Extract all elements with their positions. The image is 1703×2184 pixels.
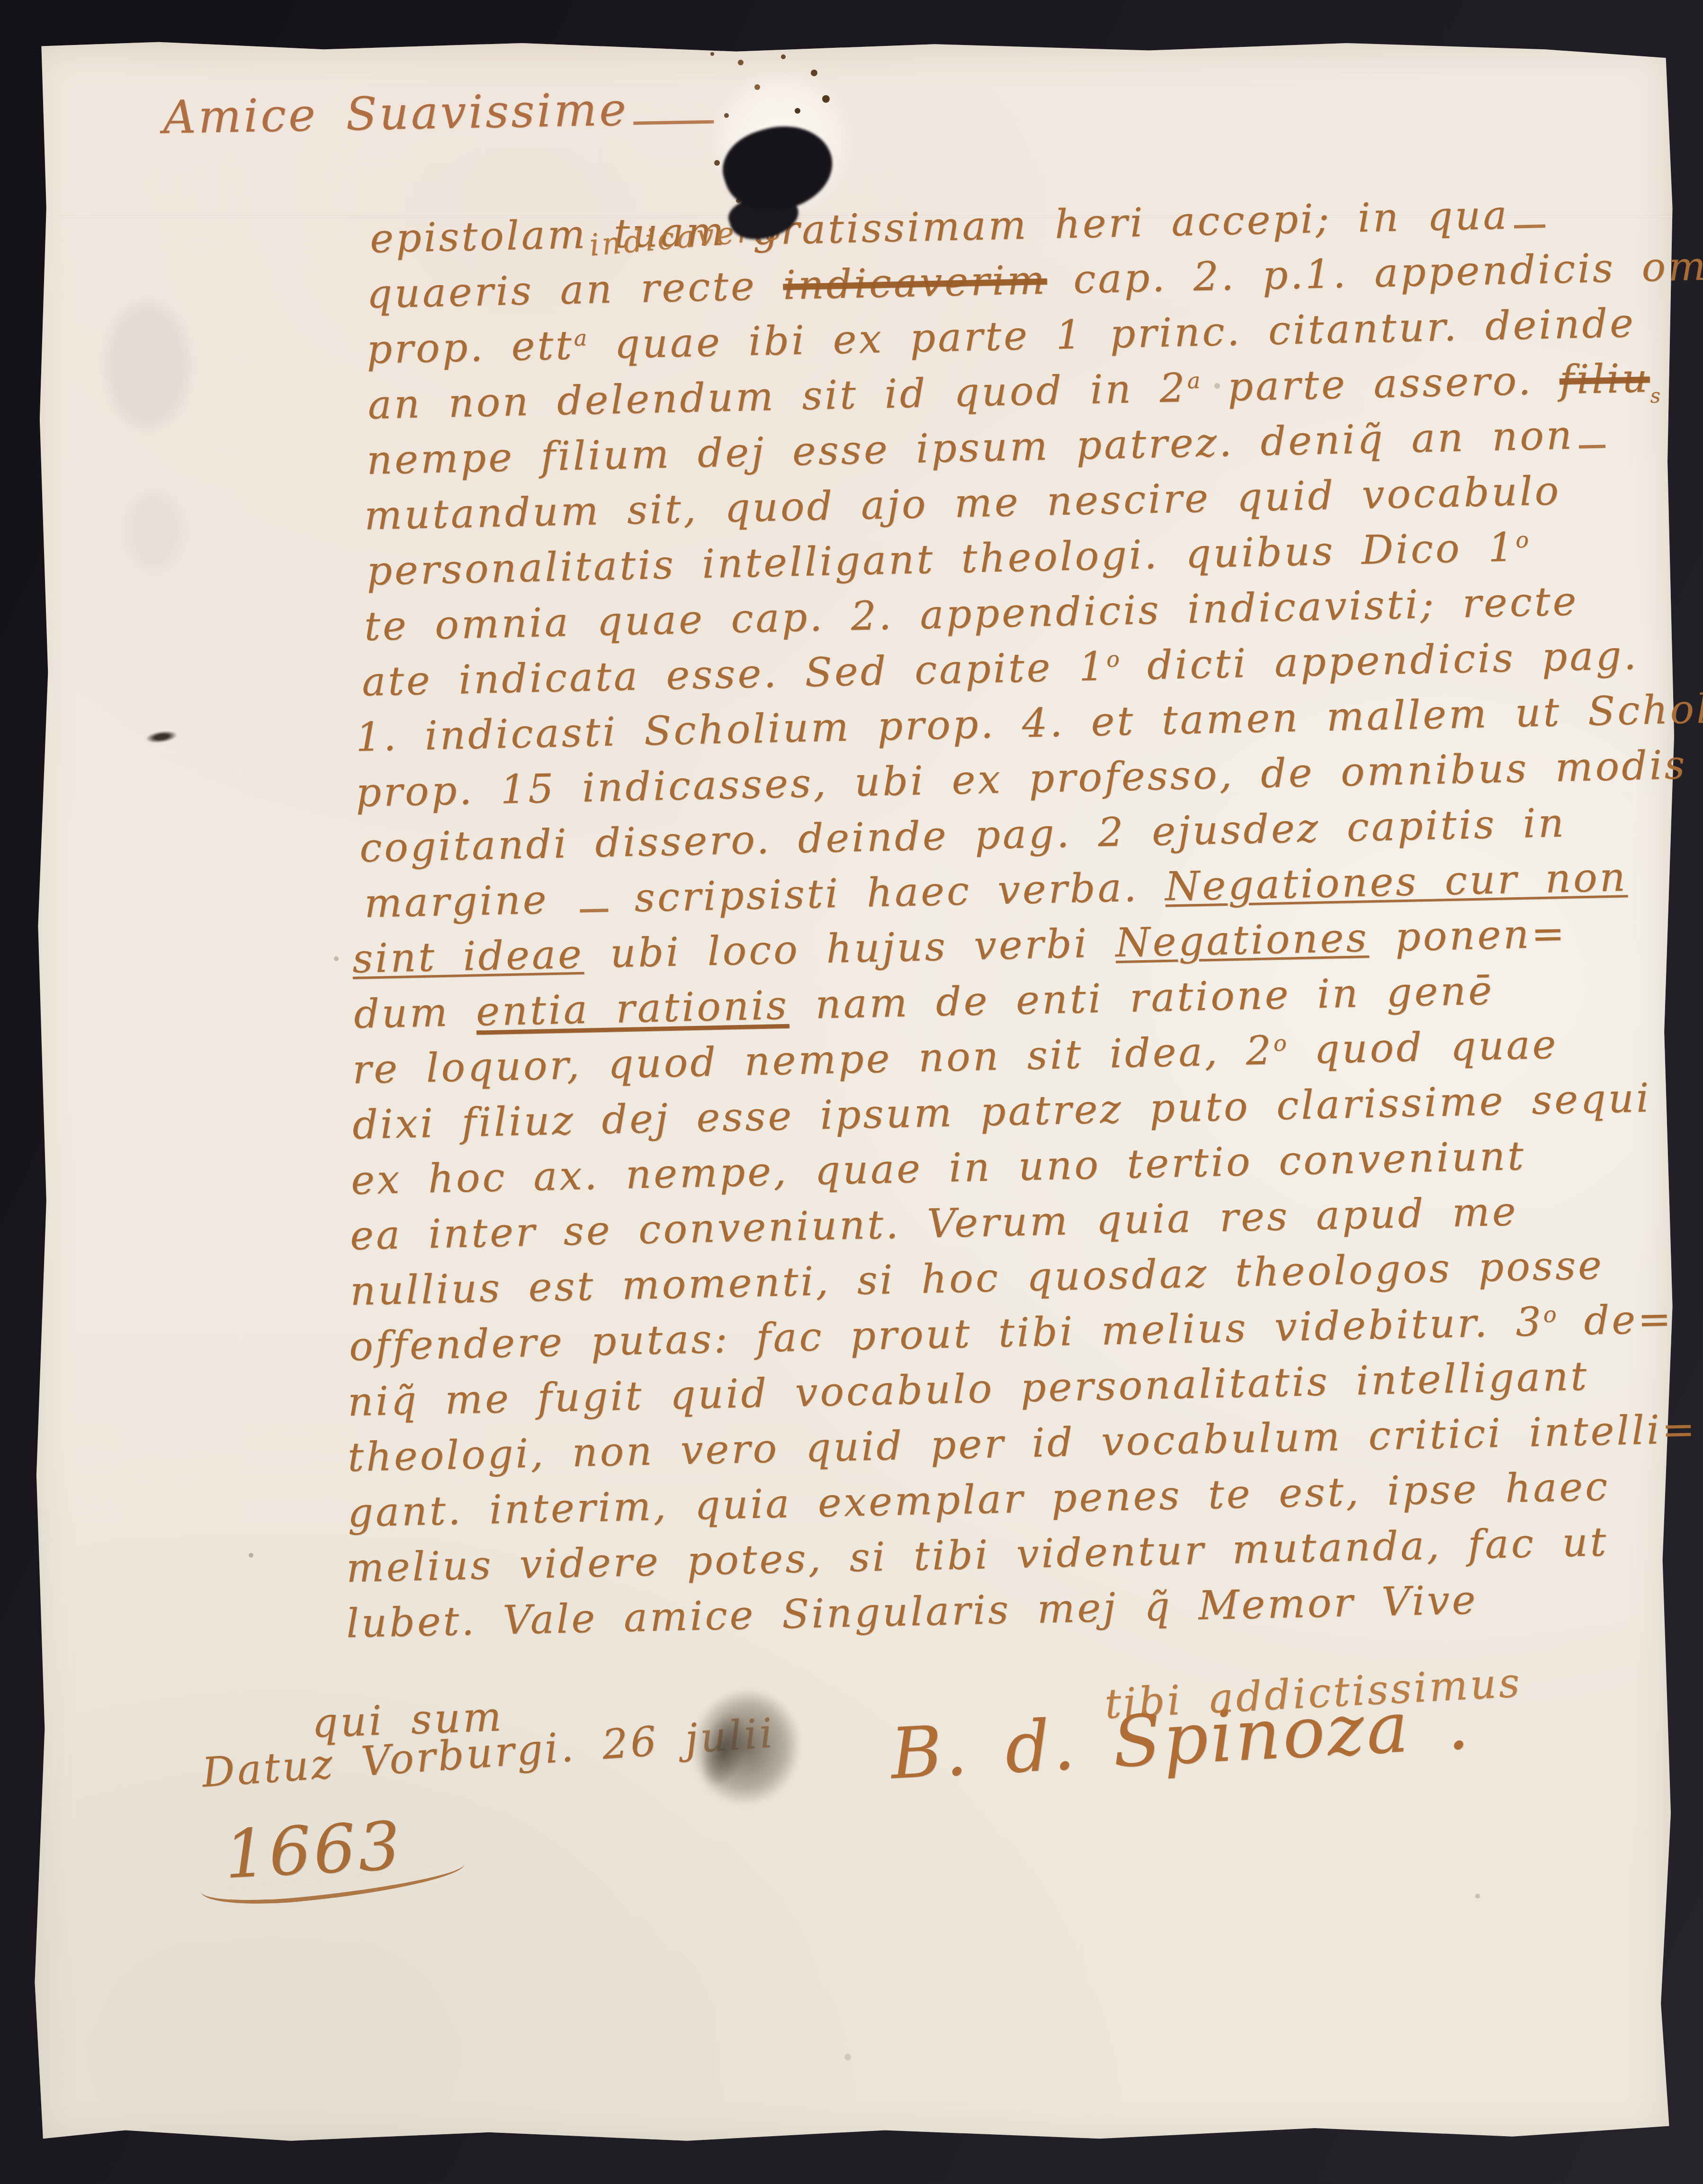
text-segment: s — [1650, 384, 1663, 408]
text-segment: quaeris an recte — [366, 262, 783, 317]
text-segment: Negationes cur non — [1165, 854, 1628, 909]
text-segment: Amice Suavissime — [162, 83, 629, 144]
pen-flourish — [633, 95, 714, 125]
bleed-through-ghost — [126, 493, 183, 569]
text-segment: o — [1543, 1301, 1558, 1328]
text-segment: quod quae — [1287, 1021, 1559, 1073]
text-segment: filiu — [1559, 355, 1650, 403]
text-segment: sint ideae — [352, 931, 584, 982]
text-segment: dum — [353, 989, 476, 1037]
bleed-through-ghost — [107, 304, 188, 427]
text-segment: margine — [364, 876, 575, 927]
text-segment: o — [1106, 646, 1121, 672]
text-segment: Negationes — [1115, 914, 1369, 966]
pen-flourish — [580, 887, 609, 912]
text-segment: indicaverim — [782, 257, 1048, 309]
text-segment: de= — [1557, 1295, 1674, 1344]
salutation-line: Amice Suavissime — [162, 84, 714, 142]
text-segment: o — [1515, 527, 1530, 553]
pen-flourish — [1514, 203, 1545, 229]
text-segment: entia rationis — [475, 982, 789, 1035]
text-segment: a — [1187, 367, 1201, 393]
text-segment: parte assero. — [1201, 357, 1560, 410]
text-segment: ponen= — [1368, 910, 1567, 961]
pen-flourish — [1578, 423, 1605, 448]
text-segment: o — [1273, 1030, 1288, 1056]
text-segment: a — [574, 325, 588, 351]
scan-background: Amice Suavissimeepistolam tuam gratissim… — [0, 0, 1703, 2184]
text-segment: prop. ett — [366, 322, 574, 373]
